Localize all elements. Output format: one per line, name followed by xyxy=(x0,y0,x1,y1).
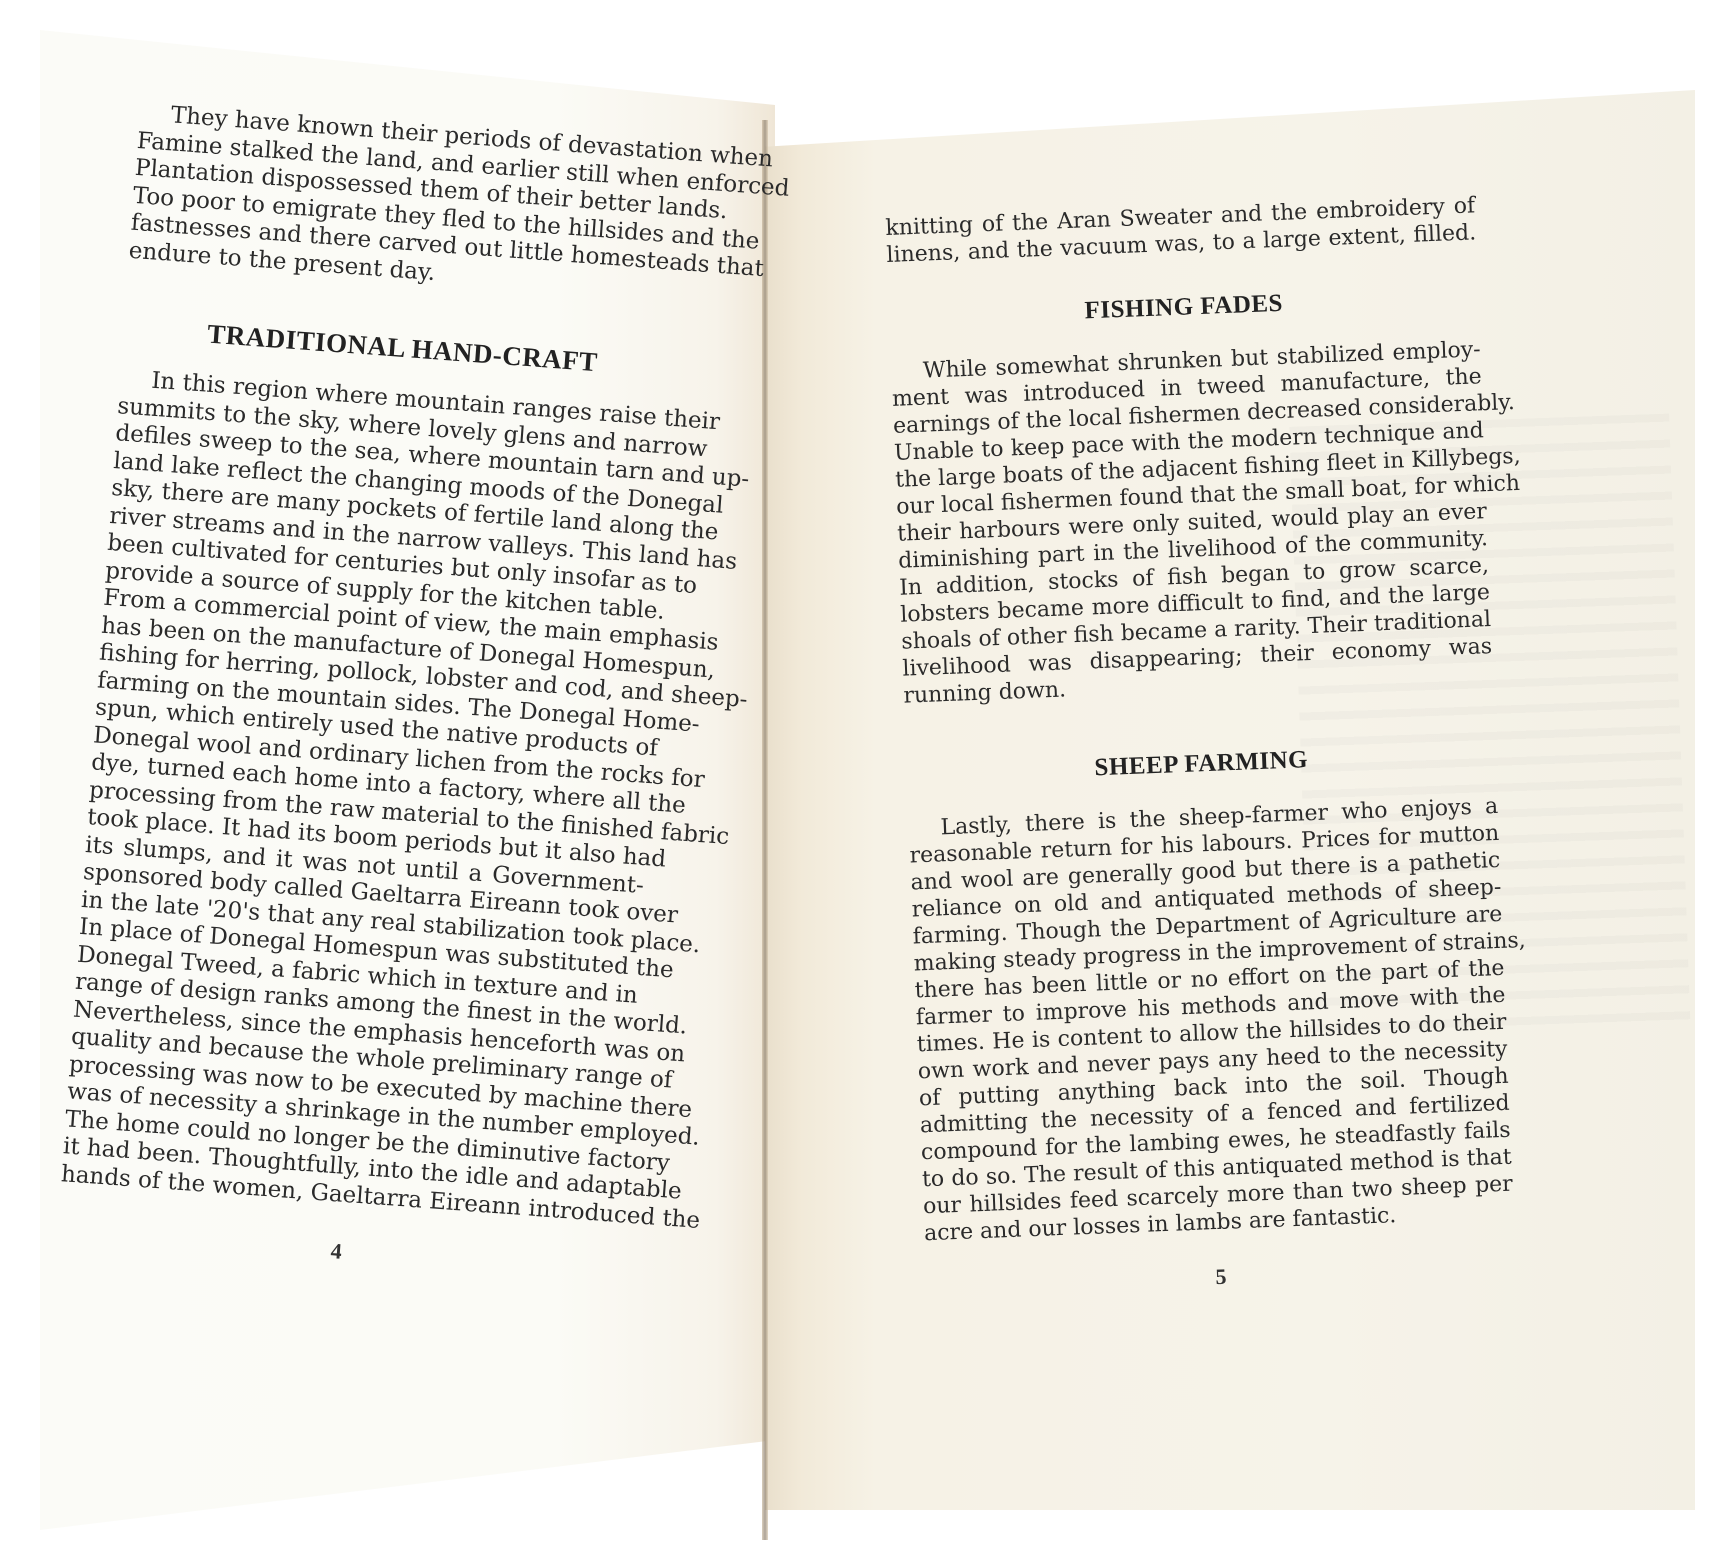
fishing-fades-paragraph: While somewhat shrunken but stabilized e… xyxy=(891,336,1494,709)
sheep-farming-paragraph: Lastly, there is the sheep-farmer who en… xyxy=(908,793,1514,1247)
open-booklet: They have known their periods of devasta… xyxy=(0,0,1733,1559)
hand-craft-paragraph: In this region where mountain ranges rai… xyxy=(60,365,679,1229)
right-page-text: knitting of the Aran Sweater and the emb… xyxy=(885,192,1516,1301)
book-gutter xyxy=(762,120,768,1540)
section-heading-fishing-fades: FISHING FADES xyxy=(888,282,1479,333)
section-heading-sheep-farming: SHEEP FARMING xyxy=(906,739,1497,790)
left-page-text: They have known their periods of devasta… xyxy=(56,100,699,1285)
